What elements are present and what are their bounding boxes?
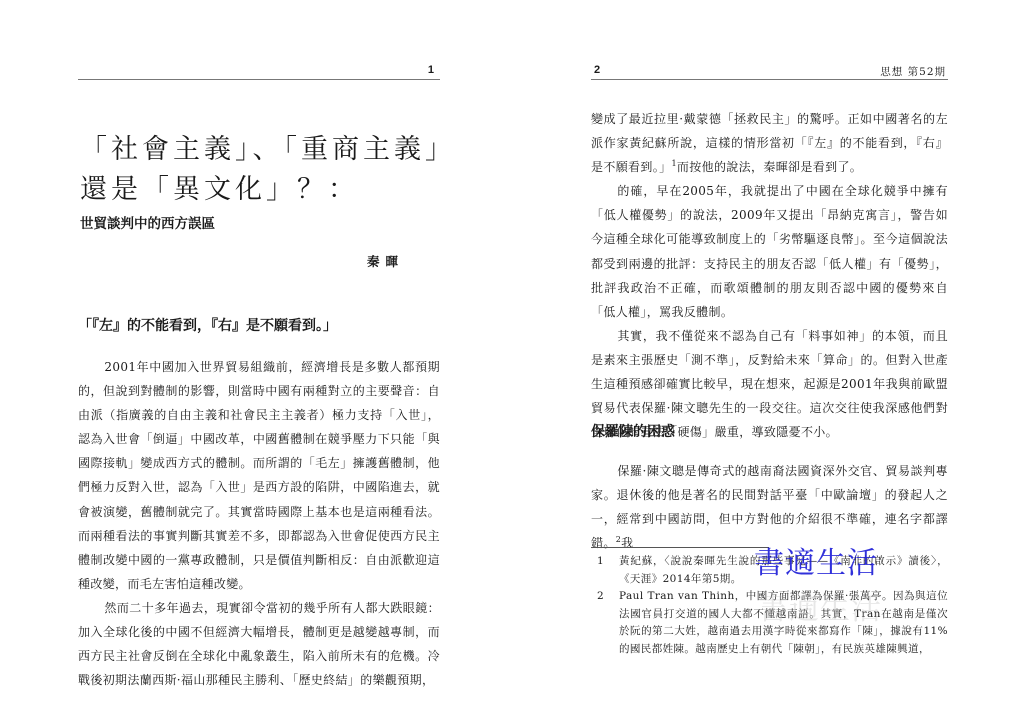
- journal-issue: 思想 第52期: [880, 64, 946, 79]
- title-line-2: 還是「異文化」？：: [80, 174, 359, 205]
- paragraph: 變成了最近拉里·戴蒙德「拯救民主」的驚呼。正如中國著名的左派作家黃紀蘇所說，這樣…: [591, 107, 948, 179]
- footnote-divider: [591, 547, 769, 548]
- title-line-1: 「社會主義」、「重商主義」: [80, 134, 456, 165]
- left-body-text: 2001年中國加入世界貿易組織前，經濟增長是多數人都預期的，但說到對體制的影響，…: [78, 355, 440, 692]
- section-heading: 保羅陳的困惑: [591, 421, 675, 441]
- paragraph-text: 而按他的說法，秦暉卻是看到了。: [677, 160, 862, 174]
- page-number: 2: [594, 64, 600, 76]
- watermark-logo: 書適生活: [754, 538, 878, 582]
- author-name: 秦暉: [367, 252, 404, 270]
- footnote-number: 1: [591, 553, 619, 588]
- watermark-ghost: 書適生活: [758, 584, 882, 628]
- paragraph-text: 我: [621, 536, 633, 550]
- left-running-head: 1: [78, 63, 440, 80]
- left-page: 1 「社會主義」、「重商主義」 還是「異文化」？： 世貿談判中的西方誤區 秦暉 …: [78, 0, 440, 727]
- page-number: 1: [428, 64, 434, 76]
- epigraph-heading: 「『左』的不能看到，『右』是不願看到。」: [78, 315, 337, 335]
- article-title: 「社會主義」、「重商主義」 還是「異文化」？：: [80, 130, 456, 210]
- paragraph: 的確，早在2005年，我就提出了中國在全球化競爭中擁有「低人權優勢」的說法，20…: [591, 179, 948, 324]
- paragraph: 2001年中國加入世界貿易組織前，經濟增長是多數人都預期的，但說到對體制的影響，…: [78, 355, 440, 596]
- footnote-number: 2: [591, 588, 619, 658]
- paragraph: 然而二十多年過去，現實卻令當初的幾乎所有人都大跌眼鏡：加入全球化後的中國不但經濟…: [78, 596, 440, 692]
- right-body-text: 變成了最近拉里·戴蒙德「拯救民主」的驚呼。正如中國著名的左派作家黃紀蘇所說，這樣…: [591, 107, 948, 444]
- article-subtitle: 世貿談判中的西方誤區: [80, 212, 215, 232]
- right-running-head: 2 思想 第52期: [591, 63, 948, 80]
